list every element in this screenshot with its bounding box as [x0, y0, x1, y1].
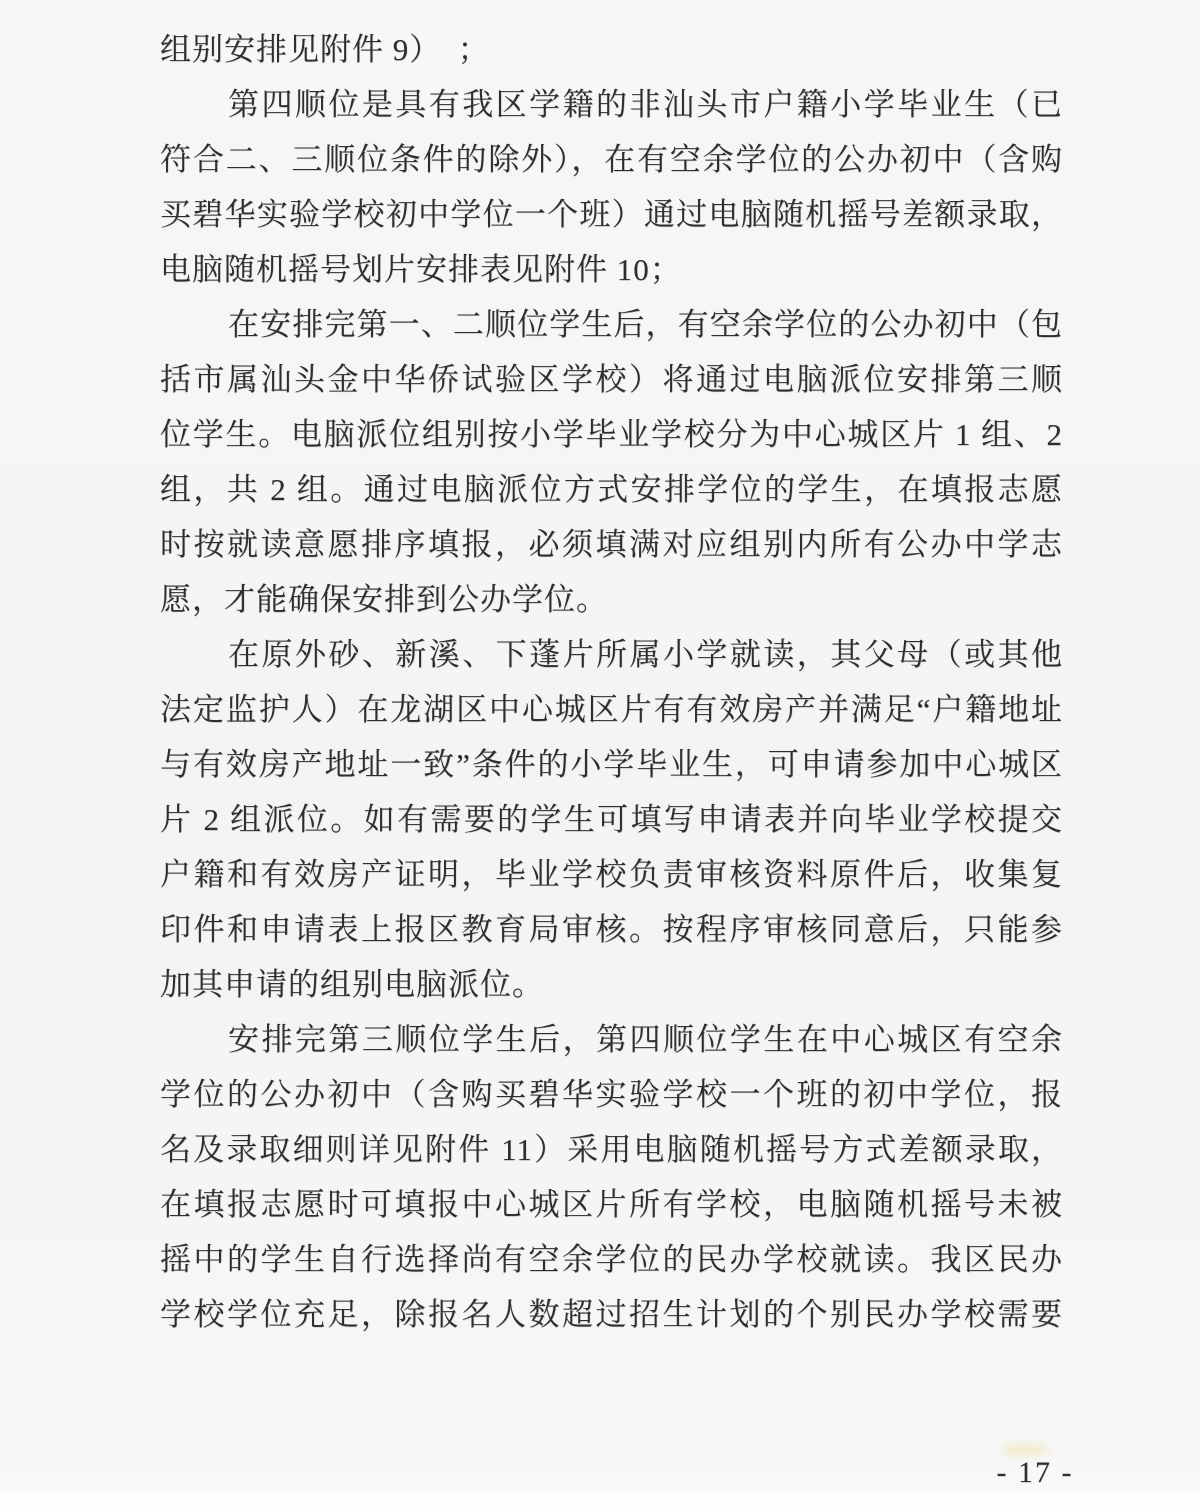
paragraph: 安排完第三顺位学生后，第四顺位学生在中心城区有空余学位的公办初中（含购买碧华实验…	[160, 1012, 1063, 1342]
text-line: 电脑随机摇号划片安排表见附件 10；	[160, 242, 1063, 297]
text-line: 括市属汕头金中华侨试验区学校）将通过电脑派位安排第三顺	[160, 352, 1063, 407]
text-line: 时按就读意愿排序填报，必须填满对应组别内所有公办中学志	[160, 517, 1063, 572]
text-line: 与有效房产地址一致”条件的小学毕业生，可申请参加中心城区	[160, 737, 1063, 792]
text-line: 买碧华实验学校初中学位一个班）通过电脑随机摇号差额录取，	[160, 187, 1063, 242]
text-line: 法定监护人）在龙湖区中心城区片有有效房产并满足“户籍地址	[160, 682, 1063, 737]
text-line: 在原外砂、新溪、下蓬片所属小学就读，其父母（或其他	[160, 627, 1063, 682]
text-line: 在填报志愿时可填报中心城区片所有学校，电脑随机摇号未被	[160, 1177, 1063, 1232]
text-line: 印件和申请表上报区教育局审核。按程序审核同意后，只能参	[160, 902, 1063, 957]
text-line: 学位的公办初中（含购买碧华实验学校一个班的初中学位，报	[160, 1067, 1063, 1122]
text-line: 加其申请的组别电脑派位。	[160, 957, 1063, 1012]
text-line: 组别安排见附件 9） ；	[160, 22, 1063, 77]
text-line: 学校学位充足，除报名人数超过招生计划的个别民办学校需要	[160, 1287, 1063, 1342]
text-line: 组，共 2 组。通过电脑派位方式安排学位的学生，在填报志愿	[160, 462, 1063, 517]
document-text: 组别安排见附件 9） ；第四顺位是具有我区学籍的非汕头市户籍小学毕业生（已符合二…	[160, 22, 1063, 1342]
text-line: 愿，才能确保安排到公办学位。	[160, 572, 1063, 627]
page-number: - 17 -	[980, 1452, 1090, 1494]
text-line: 符合二、三顺位条件的除外），在有空余学位的公办初中（含购	[160, 132, 1063, 187]
text-line: 第四顺位是具有我区学籍的非汕头市户籍小学毕业生（已	[160, 77, 1063, 132]
text-line: 摇中的学生自行选择尚有空余学位的民办学校就读。我区民办	[160, 1232, 1063, 1287]
paragraph: 在安排完第一、二顺位学生后，有空余学位的公办初中（包括市属汕头金中华侨试验区学校…	[160, 297, 1063, 627]
text-line: 户籍和有效房产证明，毕业学校负责审核资料原件后，收集复	[160, 847, 1063, 902]
paragraph: 在原外砂、新溪、下蓬片所属小学就读，其父母（或其他法定监护人）在龙湖区中心城区片…	[160, 627, 1063, 1012]
scanned-document-page: 组别安排见附件 9） ；第四顺位是具有我区学籍的非汕头市户籍小学毕业生（已符合二…	[0, 0, 1200, 1511]
text-line: 位学生。电脑派位组别按小学毕业学校分为中心城区片 1 组、2	[160, 407, 1063, 462]
text-line: 片 2 组派位。如有需要的学生可填写申请表并向毕业学校提交	[160, 792, 1063, 847]
text-line: 名及录取细则详见附件 11）采用电脑随机摇号方式差额录取，	[160, 1122, 1063, 1177]
paragraph: 第四顺位是具有我区学籍的非汕头市户籍小学毕业生（已符合二、三顺位条件的除外），在…	[160, 77, 1063, 297]
text-line: 安排完第三顺位学生后，第四顺位学生在中心城区有空余	[160, 1012, 1063, 1067]
text-line: 在安排完第一、二顺位学生后，有空余学位的公办初中（包	[160, 297, 1063, 352]
scan-edge-strip	[0, 1491, 1200, 1511]
paragraph: 组别安排见附件 9） ；	[160, 22, 1063, 77]
